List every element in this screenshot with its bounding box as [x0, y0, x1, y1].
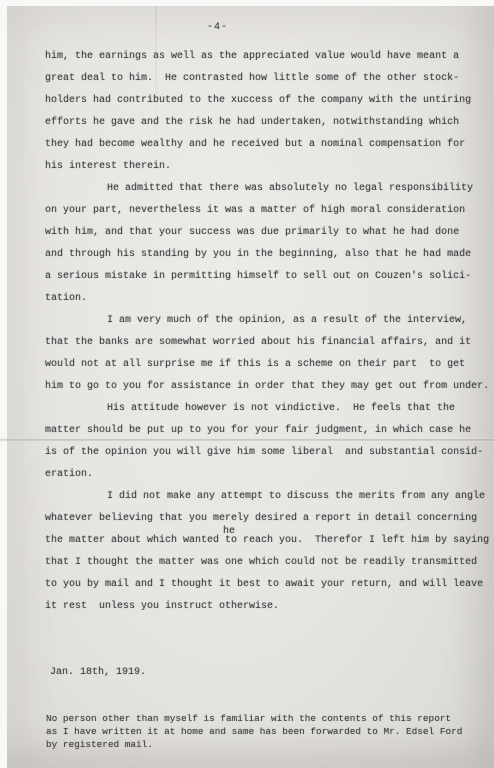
- typed-line: No person other than myself is familiar …: [46, 712, 462, 725]
- typed-line: I did not make any attempt to discuss th…: [45, 486, 485, 508]
- confidentiality-note: No person other than myself is familiar …: [46, 712, 462, 751]
- typed-line: I am very much of the opinion, as a resu…: [45, 310, 485, 332]
- typed-line: is of the opinion you will give him some…: [45, 442, 485, 464]
- typed-line: by registered mail.: [46, 738, 462, 751]
- inserted-word: he: [223, 521, 235, 543]
- typed-line: that I thought the matter was one which …: [45, 552, 485, 574]
- typed-line: His attitude however is not vindictive. …: [45, 398, 485, 420]
- typed-line: they had become wealthy and he received …: [45, 134, 485, 156]
- typed-line: tation.: [45, 288, 485, 310]
- typed-line: great deal to him. He contrasted how lit…: [45, 68, 485, 90]
- typed-line: that the banks are somewhat worried abou…: [45, 332, 485, 354]
- scanned-letter-page: -4- him, the earnings as well as the app…: [0, 0, 494, 768]
- typed-line: eration.: [45, 464, 485, 486]
- letter-body: him, the earnings as well as the appreci…: [45, 46, 485, 618]
- typed-line: it rest unless you instruct otherwise.: [45, 596, 485, 618]
- typed-line: efforts he gave and the risk he had unde…: [45, 112, 485, 134]
- date-line: Jan. 18th, 1919.: [50, 662, 146, 684]
- typed-line: hethe matter about which wanted to reach…: [45, 530, 485, 552]
- typed-line: on your part, nevertheless it was a matt…: [45, 200, 485, 222]
- typed-line-text: the matter about which wanted to reach y…: [45, 535, 489, 546]
- typed-line: and through his standing by you in the b…: [45, 244, 485, 266]
- typed-line: his interest therein.: [45, 156, 485, 178]
- typed-line: matter should be put up to you for your …: [45, 420, 485, 442]
- typed-line: He admitted that there was absolutely no…: [45, 178, 485, 200]
- typed-line: to you by mail and I thought it best to …: [45, 574, 485, 596]
- typed-line: holders had contributed to the xuccess o…: [45, 90, 485, 112]
- typed-line: whatever believing that you merely desir…: [45, 508, 485, 530]
- typed-line: a serious mistake in permitting himself …: [45, 266, 485, 288]
- typed-line: would not at all surprise me if this is …: [45, 354, 485, 376]
- typed-line: him to go to you for assistance in order…: [45, 376, 485, 398]
- typed-line: as I have written it at home and same ha…: [46, 725, 462, 738]
- page-number: -4-: [207, 22, 228, 33]
- typed-line: him, the earnings as well as the appreci…: [45, 46, 485, 68]
- typed-line: with him, and that your success was due …: [45, 222, 485, 244]
